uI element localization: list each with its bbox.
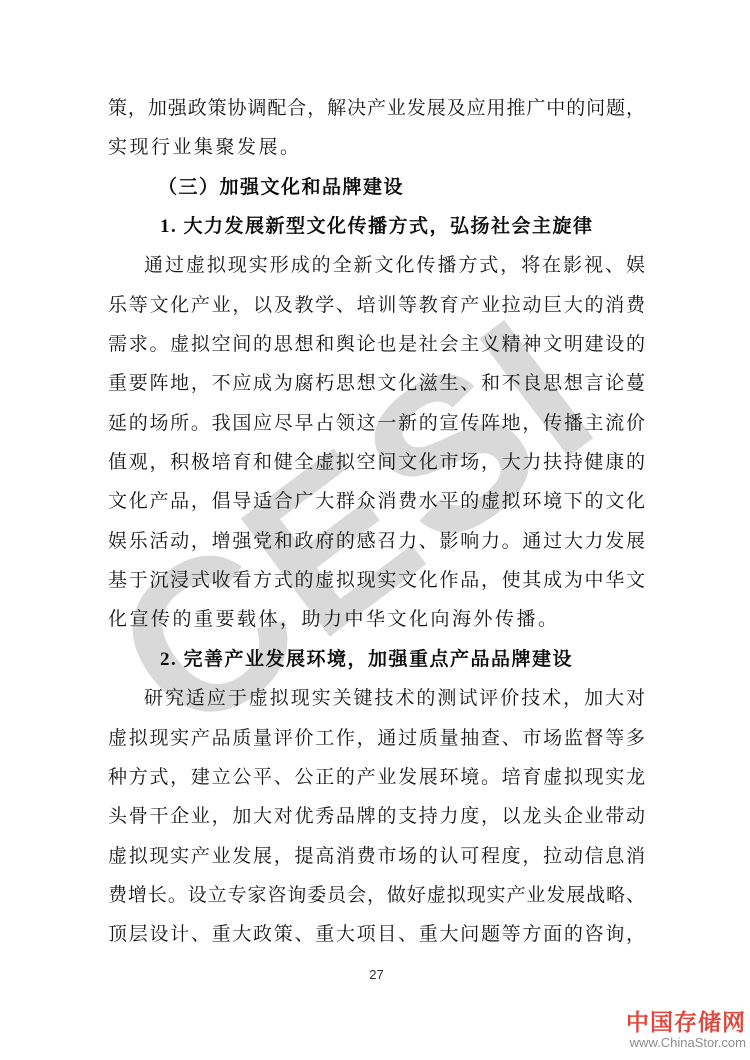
text-line: 乐等文化产业，以及教学、培训等教育产业拉动巨大的消费 [108,286,645,325]
text-line: 研究适应于虚拟现实关键技术的测试评价技术，加大对 [108,679,645,718]
text-line: 化宣传的重要载体，助力中华文化向海外传播。 [108,600,645,639]
text-line: 实现行业集聚发展。 [108,128,645,167]
document-page: CESI 策，加强政策协调配合，解决产业发展及应用推广中的问题， 实现行业集聚发… [0,0,750,1060]
text-line: 娱乐活动，增强党和政府的感召力、影响力。通过大力发展 [108,522,645,561]
text-line: 通过虚拟现实形成的全新文化传播方式，将在影视、娱 [108,246,645,285]
text-line: 虚拟现实产品质量评价工作，通过质量抽查、市场监督等多 [108,719,645,758]
page-number: 27 [108,967,645,982]
text-line: 延的场所。我国应尽早占领这一新的宣传阵地，传播主流价 [108,404,645,443]
text-line: 费增长。设立专家咨询委员会，做好虚拟现实产业发展战略、 [108,876,645,915]
text-line: 基于沉浸式收看方式的虚拟现实文化作品，使其成为中华文 [108,561,645,600]
chinastor-logo: 中国存储网 [626,1010,746,1035]
sub-heading: 1. 大力发展新型文化传播方式，弘扬社会主旋律 [108,207,645,246]
sub-heading: 2. 完善产业发展环境，加强重点产品品牌建设 [108,640,645,679]
document-text: 策，加强政策协调配合，解决产业发展及应用推广中的问题， 实现行业集聚发展。 （三… [108,89,645,955]
text-line: 种方式，建立公平、公正的产业发展环境。培育虚拟现实龙 [108,758,645,797]
text-line: 头骨干企业，加大对优秀品牌的支持力度，以龙头企业带动 [108,797,645,836]
text-line: 值观，积极培育和健全虚拟空间文化市场，大力扶持健康的 [108,443,645,482]
text-line: 虚拟现实产业发展，提高消费市场的认可程度，拉动信息消 [108,837,645,876]
section-heading: （三）加强文化和品牌建设 [108,168,645,207]
text-line: 需求。虚拟空间的思想和舆论也是社会主义精神文明建设的 [108,325,645,364]
text-line: 顶层设计、重大政策、重大项目、重大问题等方面的咨询， [108,915,645,954]
text-line: 策，加强政策协调配合，解决产业发展及应用推广中的问题， [108,89,645,128]
chinastor-url: www.ChinaStor.com [626,1036,746,1050]
text-line: 重要阵地，不应成为腐朽思想文化滋生、和不良思想言论蔓 [108,364,645,403]
text-line: 文化产品，倡导适合广大群众消费水平的虚拟环境下的文化 [108,482,645,521]
chinastor-watermark: 中国存储网 www.ChinaStor.com [626,1010,746,1051]
